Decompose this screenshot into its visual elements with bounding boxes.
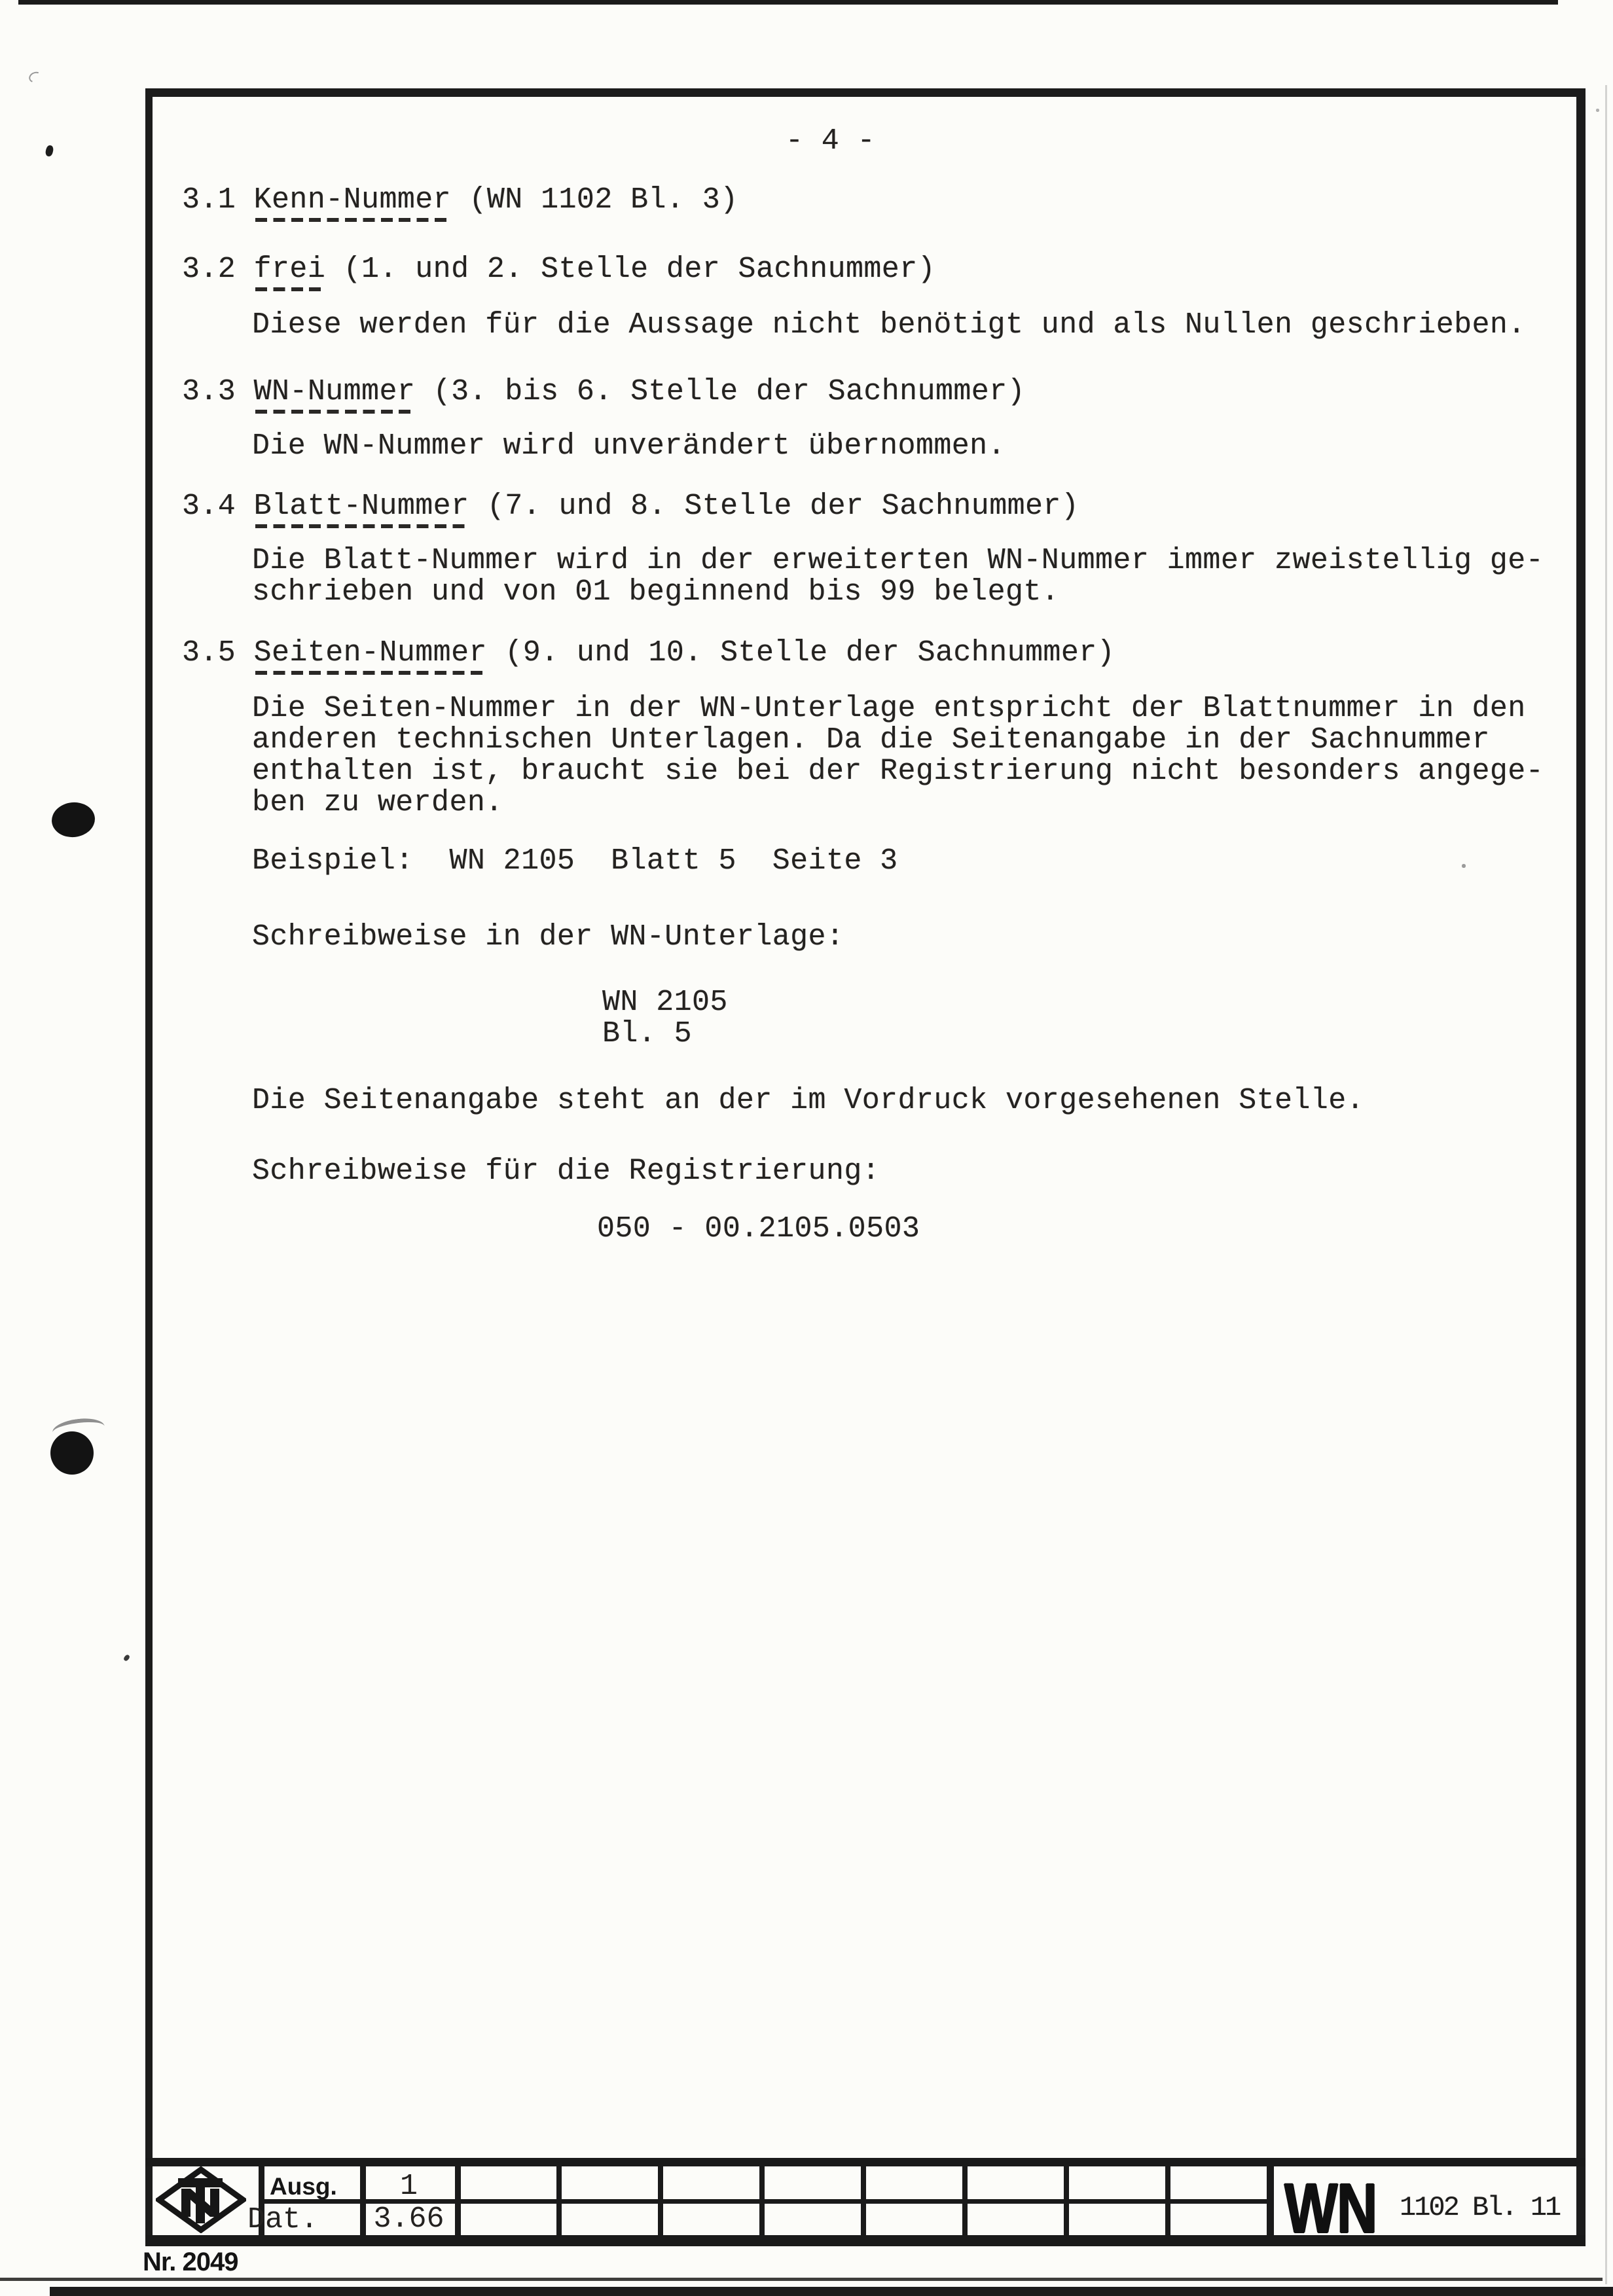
titleblock-column-line bbox=[1165, 2166, 1170, 2235]
body-line: ben zu werden. bbox=[252, 787, 503, 819]
hole-punch-bottom bbox=[50, 1431, 94, 1475]
section-label: frei bbox=[254, 254, 326, 285]
section-number: 3.2 bbox=[182, 253, 254, 286]
section-heading-rest: (9. und 10. Stelle der Sachnummer) bbox=[487, 636, 1115, 670]
datum-label: Dat. bbox=[247, 2205, 318, 2234]
section-heading-3-5: 3.5 Seiten-Nummer (9. und 10. Stelle der… bbox=[182, 637, 1115, 669]
body-line: Die Seiten-Nummer in der WN-Unterlage en… bbox=[252, 693, 1526, 725]
section-heading-rest: (1. und 2. Stelle der Sachnummer) bbox=[325, 253, 935, 286]
section-number: 3.1 bbox=[182, 183, 254, 217]
section-heading-rest: (3. bis 6. Stelle der Sachnummer) bbox=[415, 375, 1025, 408]
registration-number: 050 - 00.2105.0503 bbox=[597, 1213, 920, 1245]
form-number: Nr. 2049 bbox=[143, 2249, 238, 2275]
stray-pencil-mark bbox=[27, 70, 43, 84]
body-line: enthalten ist, braucht sie bei der Regis… bbox=[252, 756, 1544, 787]
titleblock-column-line bbox=[658, 2166, 663, 2235]
body-line: schrieben und von 01 beginnend bis 99 be… bbox=[252, 577, 1059, 608]
hole-punch-top bbox=[50, 800, 96, 840]
doc-notation-line-2: Bl. 5 bbox=[602, 1018, 692, 1050]
tn-diamond-logo-icon bbox=[156, 2166, 246, 2233]
example-line: Beispiel: WN 2105 Blatt 5 Seite 3 bbox=[252, 846, 898, 877]
ink-speck bbox=[1596, 109, 1599, 112]
datum-value: 3.66 bbox=[361, 2204, 456, 2234]
section-heading-3-3: 3.3 WN-Nummer (3. bis 6. Stelle der Sach… bbox=[182, 376, 1025, 408]
section-heading-3-1: 3.1 Kenn-Nummer (WN 1102 Bl. 3) bbox=[182, 185, 738, 216]
section-label: Kenn-Nummer bbox=[254, 185, 451, 216]
ausgabe-value: 1 bbox=[361, 2172, 456, 2201]
section-number: 3.4 bbox=[182, 490, 254, 523]
section-label: Seiten-Nummer bbox=[254, 637, 487, 669]
titleblock-column-line bbox=[759, 2166, 765, 2235]
section-label: Blatt-Nummer bbox=[254, 491, 469, 522]
scanned-document-page: - 4 - 3.1 Kenn-Nummer (WN 1102 Bl. 3) 3.… bbox=[0, 0, 1613, 2296]
page-edge-shadow bbox=[1605, 85, 1607, 2284]
titleblock-column-line bbox=[1064, 2166, 1069, 2235]
section-label: WN-Nummer bbox=[254, 376, 416, 408]
titleblock-column-line bbox=[962, 2166, 968, 2235]
section-heading-3-4: 3.4 Blatt-Nummer (7. und 8. Stelle der S… bbox=[182, 491, 1079, 522]
section-number: 3.3 bbox=[182, 375, 254, 408]
doc-notation-line-1: WN 2105 bbox=[602, 987, 728, 1018]
titleblock-wn-cell-border bbox=[1267, 2166, 1274, 2235]
scan-edge-bottom bbox=[50, 2287, 1613, 2296]
body-line: Die Blatt-Nummer wird in der erweiterten… bbox=[252, 545, 1544, 577]
titleblock-top-border bbox=[145, 2158, 1586, 2166]
section-heading-rest: (7. und 8. Stelle der Sachnummer) bbox=[469, 490, 1079, 523]
notation-doc-heading: Schreibweise in der WN-Unterlage: bbox=[252, 922, 844, 953]
page-number: - 4 - bbox=[786, 126, 875, 157]
section-number: 3.5 bbox=[182, 636, 254, 670]
titleblock-column-line bbox=[861, 2166, 866, 2235]
document-number: 1102 Bl. 11 bbox=[1400, 2194, 1559, 2221]
scan-fold-line bbox=[0, 2278, 1603, 2281]
wn-mark: WN bbox=[1284, 2173, 1377, 2244]
ink-speck bbox=[123, 1654, 131, 1662]
section-heading-3-2: 3.2 frei (1. und 2. Stelle der Sachnumme… bbox=[182, 254, 935, 285]
section-heading-rest: (WN 1102 Bl. 3) bbox=[451, 183, 738, 217]
seitenangabe-note: Die Seitenangabe steht an der im Vordruc… bbox=[252, 1085, 1364, 1117]
scan-edge-top bbox=[18, 0, 1558, 5]
ink-speck bbox=[45, 145, 54, 157]
body-line: anderen technischen Unterlagen. Da die S… bbox=[252, 725, 1490, 756]
ausgabe-label: Ausg. bbox=[270, 2174, 337, 2198]
notation-reg-heading: Schreibweise für die Registrierung: bbox=[252, 1156, 880, 1187]
body-line: Die WN-Nummer wird unverändert übernomme… bbox=[252, 431, 1006, 462]
body-line: Diese werden für die Aussage nicht benöt… bbox=[252, 310, 1526, 341]
titleblock-column-line bbox=[556, 2166, 562, 2235]
